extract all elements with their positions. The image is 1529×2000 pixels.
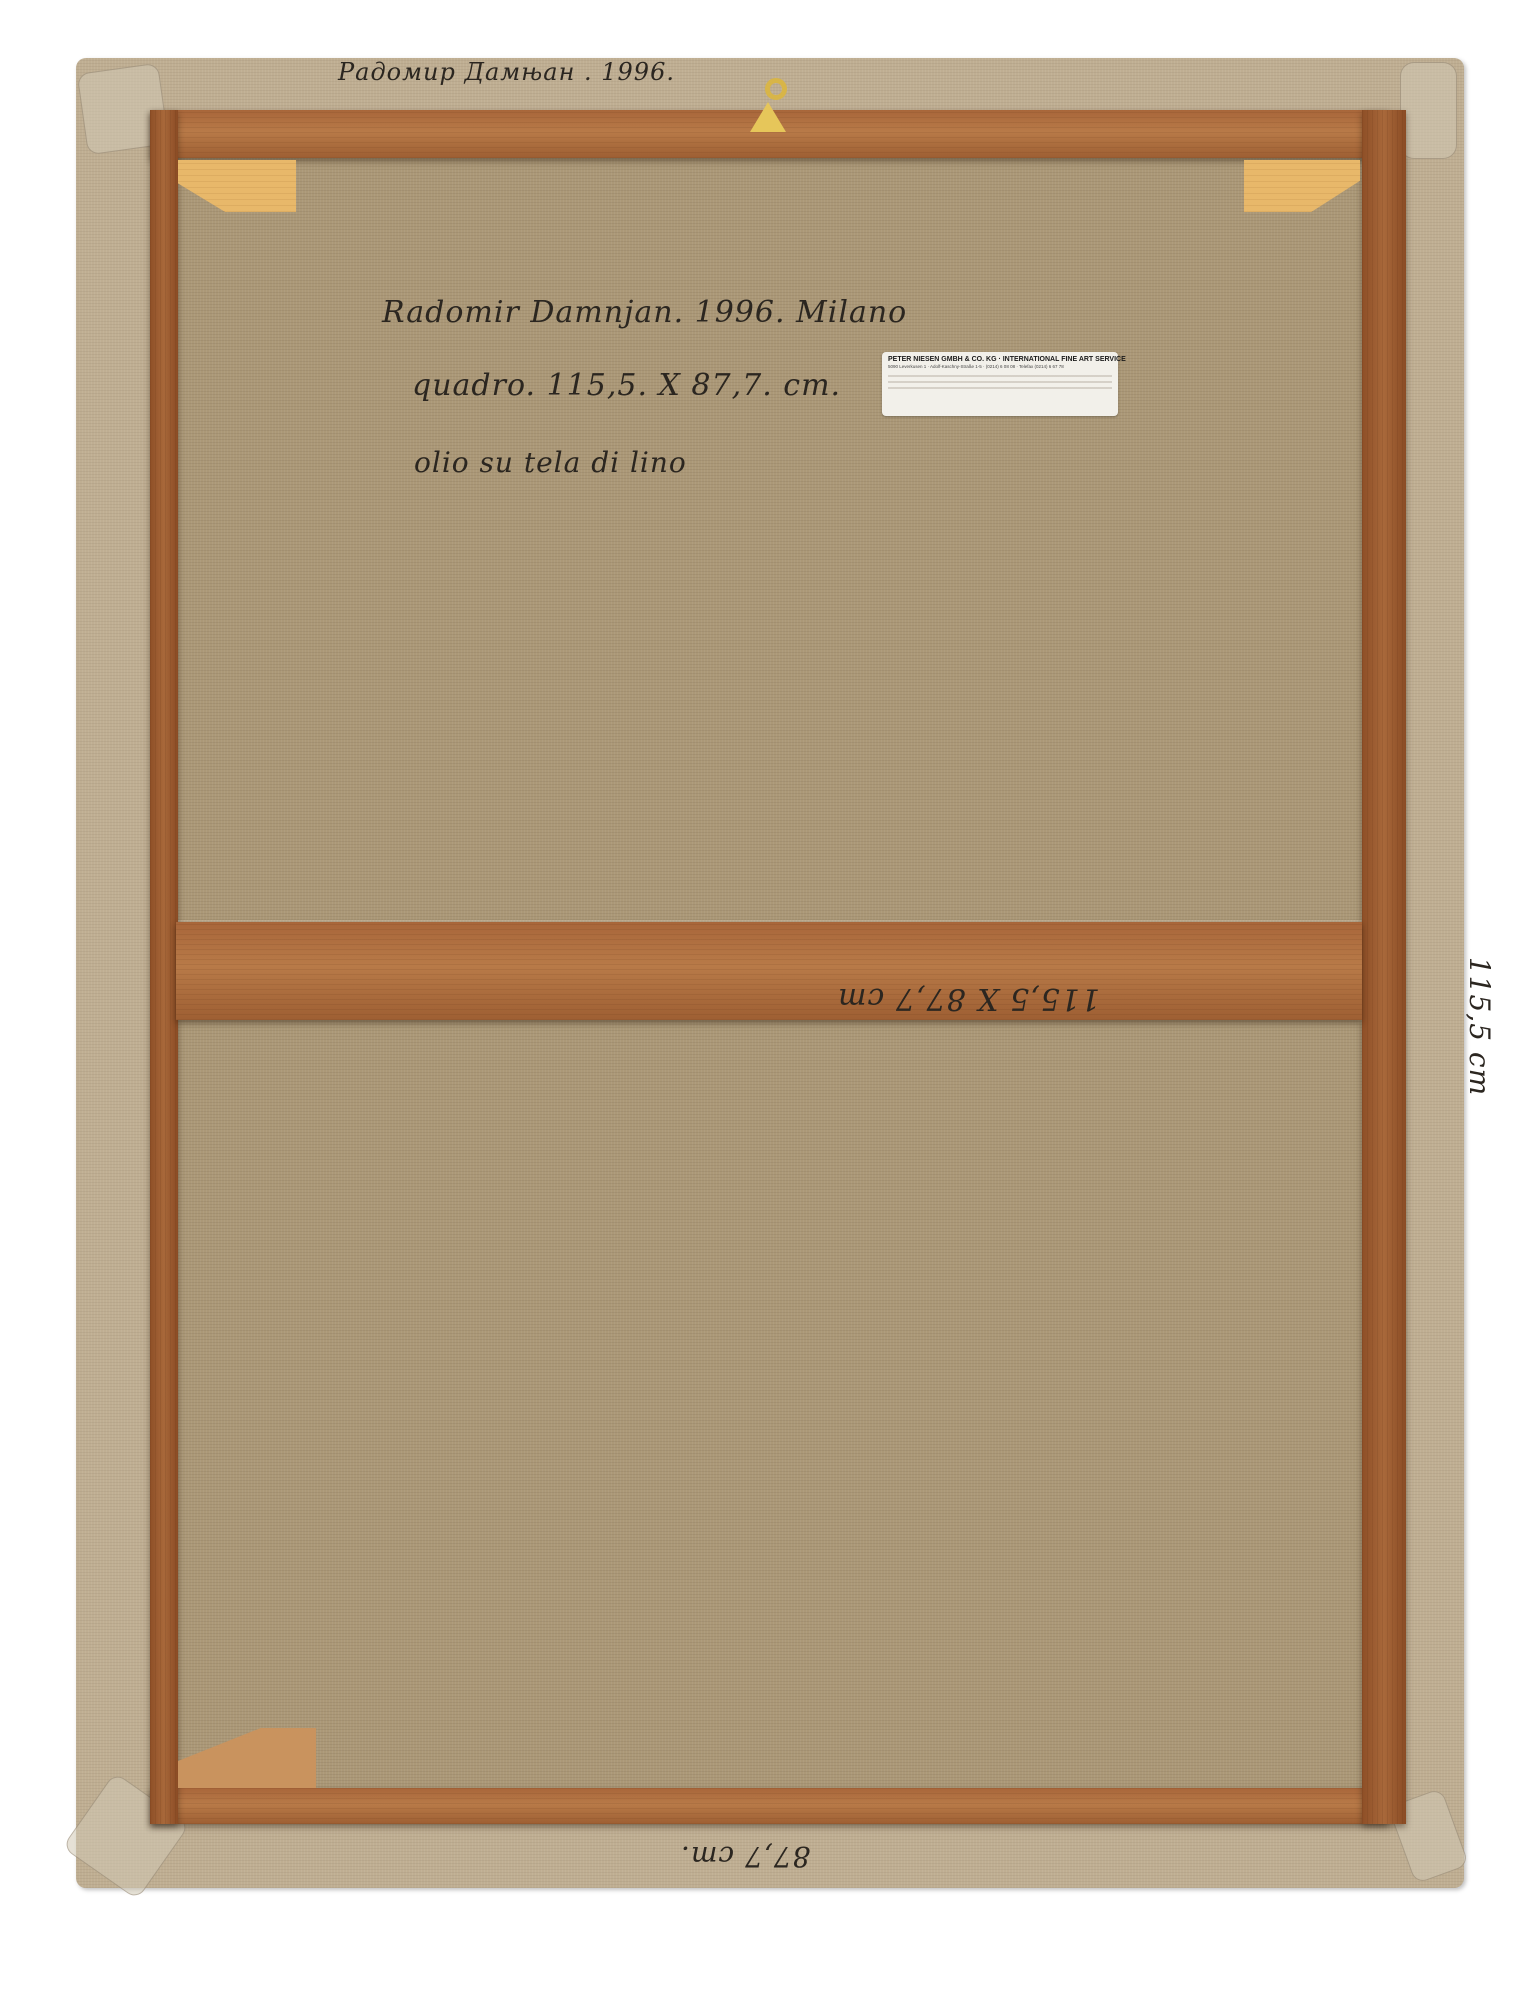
inscription-right-edge: 115,5 cm [1463, 957, 1496, 1096]
label-faded-text [888, 375, 1112, 393]
corner-fold-top-right [1400, 62, 1457, 159]
hanger-ring-icon [765, 78, 787, 100]
art-service-label: PETER NIESEN GMBH & CO. KG · INTERNATION… [882, 352, 1118, 416]
stretcher-left-bar [150, 110, 178, 1824]
stretcher-cross-bar [176, 922, 1362, 1020]
stretcher-right-bar [1362, 110, 1406, 1824]
stretcher-bottom-bar [150, 1788, 1388, 1824]
label-title: PETER NIESEN GMBH & CO. KG · INTERNATION… [888, 356, 1112, 363]
inner-canvas-lower [176, 1020, 1362, 1790]
hanger-plate-icon [750, 102, 786, 132]
inscription-artist-line: Radomir Damnjan. 1996. Milano [382, 295, 907, 330]
inscription-top-edge: Радомир Дамњан . 1996. [338, 58, 675, 86]
inscription-medium-line: olio su tela di lino [414, 446, 687, 479]
label-address: 5090 Leverkusen 1 · Adolf-Kaschny-Straße… [888, 364, 1112, 369]
inscription-crossbar: 115,5 X 87,7 cm [837, 981, 1100, 1016]
inscription-bottom-edge: 87,7 cm. [680, 1840, 810, 1873]
inscription-dimensions-line: quadro. 115,5. X 87,7. cm. [412, 368, 841, 403]
inner-canvas-upper [176, 156, 1362, 920]
